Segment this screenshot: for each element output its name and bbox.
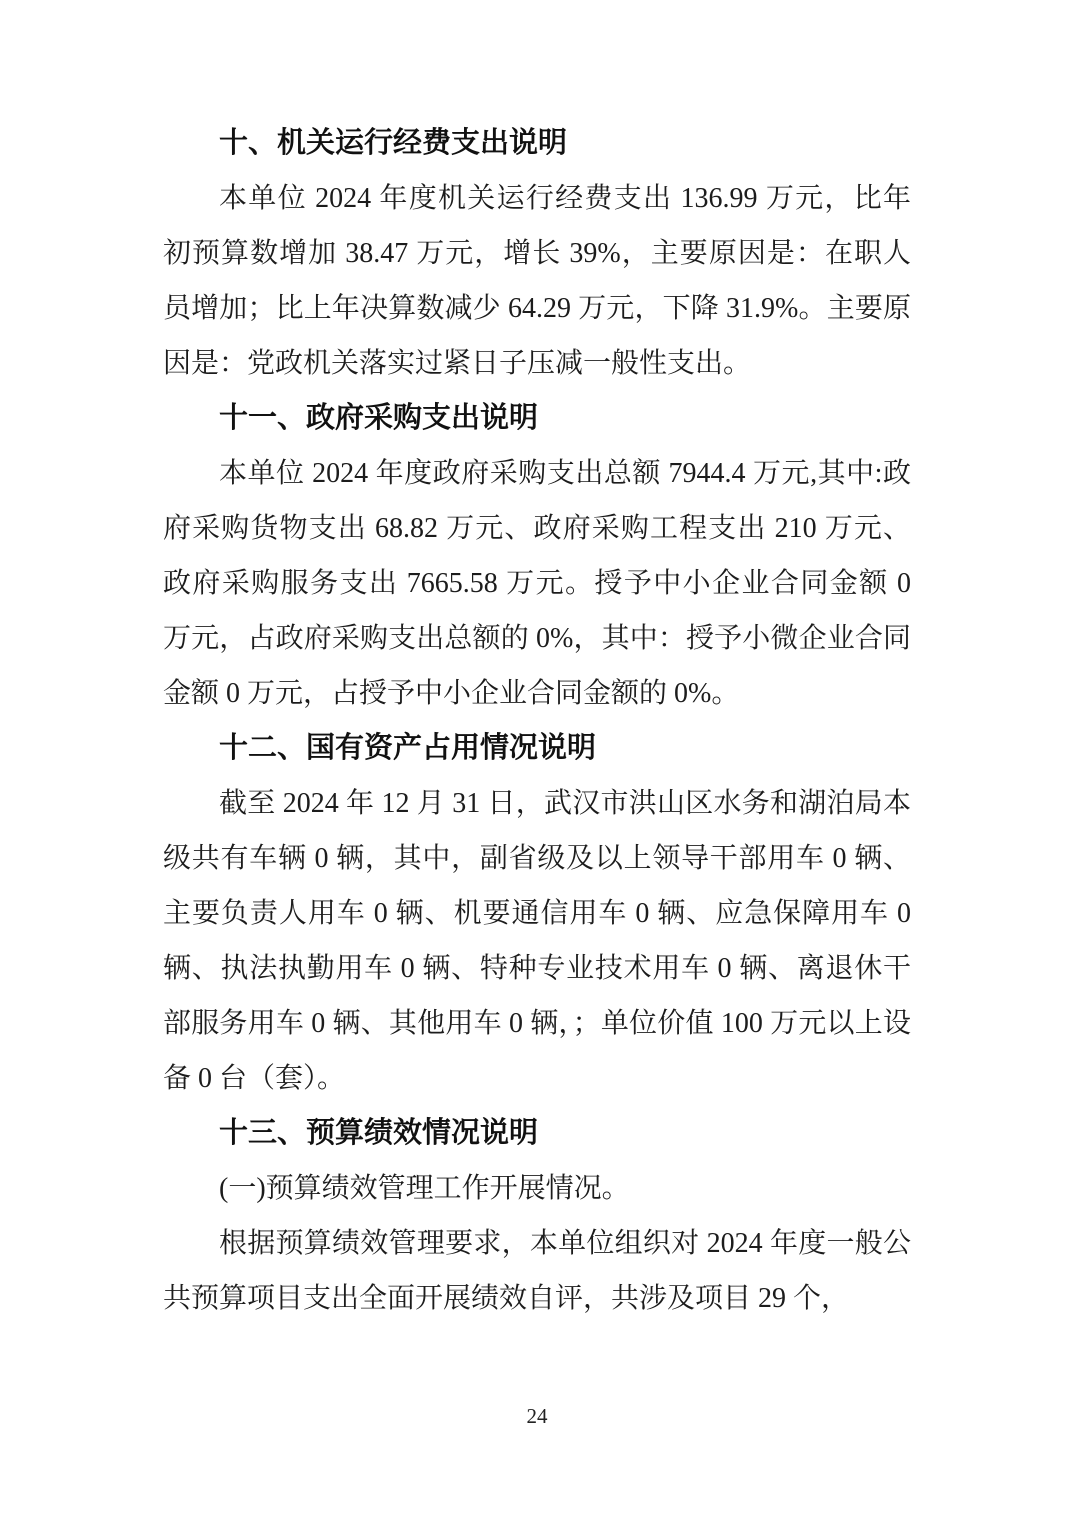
section-11-heading: 十一、政府采购支出说明 [163, 391, 911, 446]
document-content: 十、机关运行经费支出说明 本单位 2024 年度机关运行经费支出 136.99 … [163, 116, 911, 1326]
page-number: 24 [0, 1402, 1074, 1430]
section-13: 十三、预算绩效情况说明 (一)预算绩效管理工作开展情况。 根据预算绩效管理要求，… [163, 1106, 911, 1326]
section-13-paragraph: 根据预算绩效管理要求，本单位组织对 2024 年度一般公共预算项目支出全面开展绩… [163, 1216, 911, 1326]
section-10: 十、机关运行经费支出说明 本单位 2024 年度机关运行经费支出 136.99 … [163, 116, 911, 391]
section-12: 十二、国有资产占用情况说明 截至 2024 年 12 月 31 日，武汉市洪山区… [163, 721, 911, 1106]
section-11-paragraph: 本单位 2024 年度政府采购支出总额 7944.4 万元,其中:政府采购货物支… [163, 446, 911, 721]
section-12-paragraph: 截至 2024 年 12 月 31 日，武汉市洪山区水务和湖泊局本级共有车辆 0… [163, 776, 911, 1106]
section-10-paragraph: 本单位 2024 年度机关运行经费支出 136.99 万元，比年初预算数增加 3… [163, 171, 911, 391]
section-11: 十一、政府采购支出说明 本单位 2024 年度政府采购支出总额 7944.4 万… [163, 391, 911, 721]
section-10-heading: 十、机关运行经费支出说明 [163, 116, 911, 171]
section-13-heading: 十三、预算绩效情况说明 [163, 1106, 911, 1161]
document-page: 十、机关运行经费支出说明 本单位 2024 年度机关运行经费支出 136.99 … [0, 0, 1074, 1520]
section-12-heading: 十二、国有资产占用情况说明 [163, 721, 911, 776]
section-13-subitem: (一)预算绩效管理工作开展情况。 [163, 1161, 911, 1216]
